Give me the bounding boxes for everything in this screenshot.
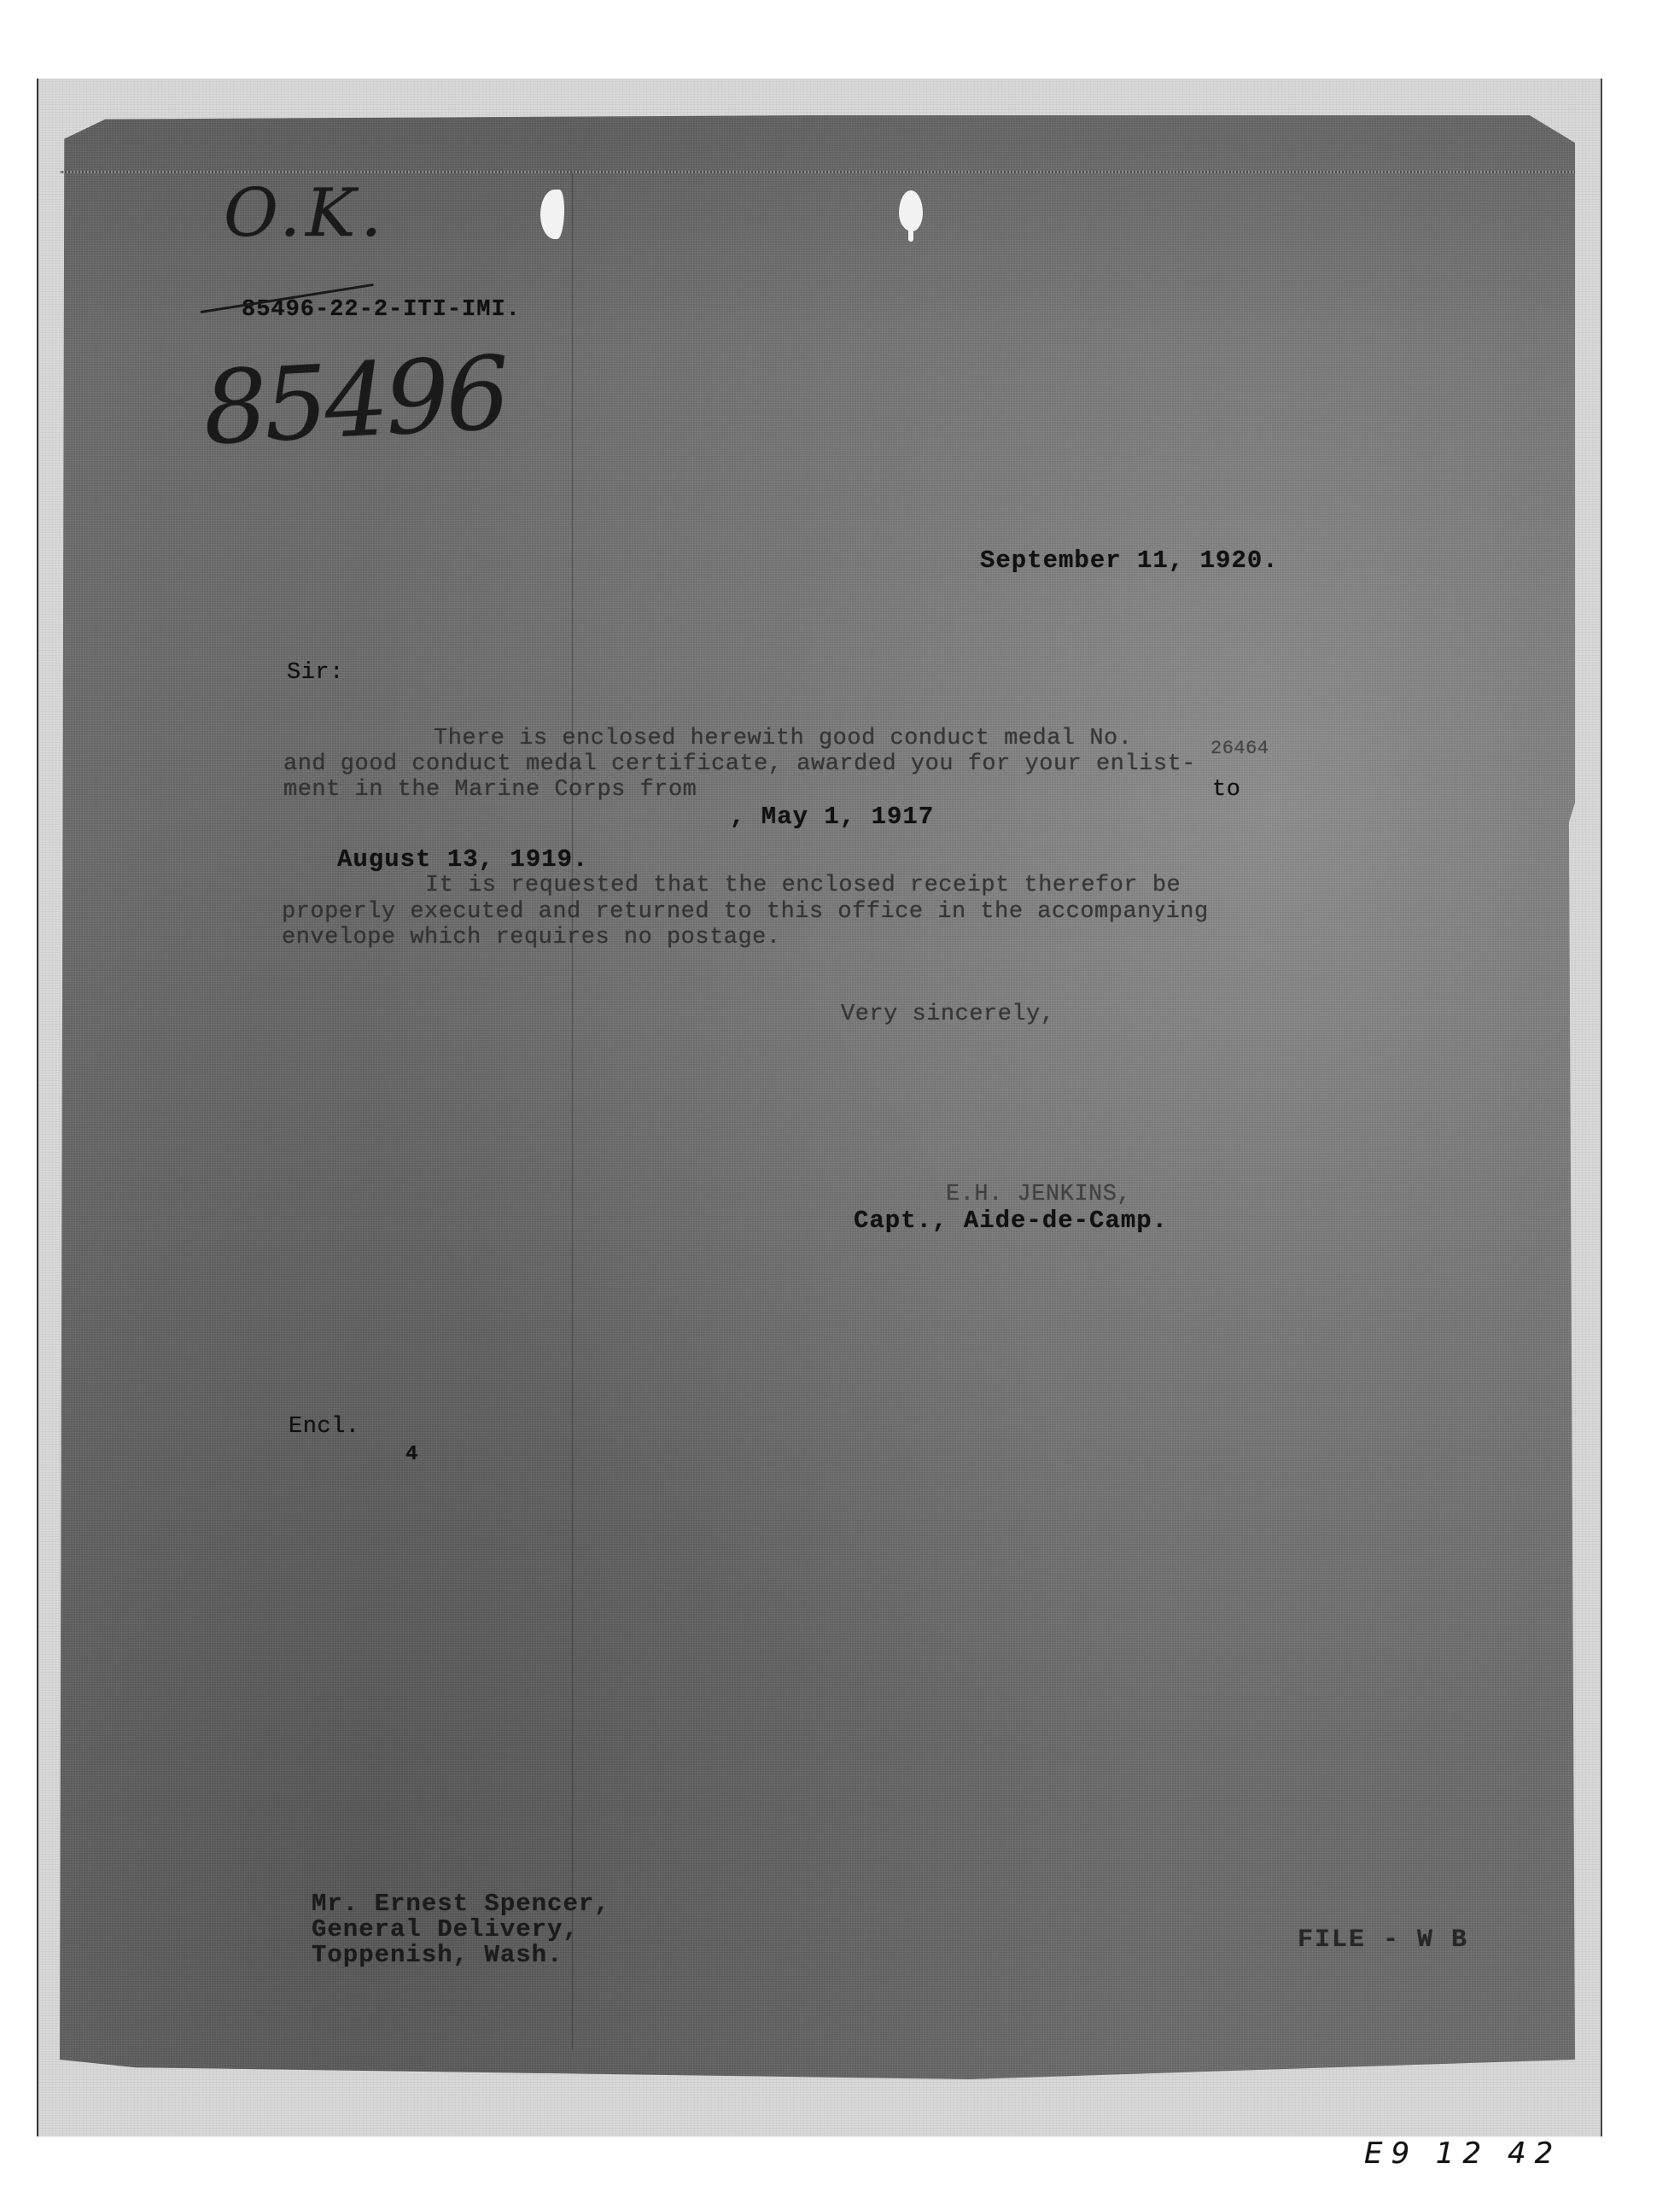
punch-hole-right [899,190,923,231]
handwritten-file-number: 85496 [201,334,510,467]
recipient-address-line-2: General Delivery, [312,1915,579,1943]
salutation: Sir: [287,660,344,686]
handwritten-ok-mark: O.K. [224,175,387,252]
body-line-4: It is requested that the enclosed receip… [425,873,1181,898]
signature-name: E.H. JENKINS, [946,1182,1131,1207]
punch-hole-left [540,190,564,239]
body-line-1: There is enclosed herewith good conduct … [434,726,1132,751]
enlistment-to-date: August 13, 1919. [337,845,588,874]
file-stamp: FILE - W B [1298,1926,1468,1955]
horizontal-fold-line [60,171,1575,173]
body-line-3-to: to [1212,777,1240,803]
body-line-3: ment in the Marine Corps from [283,777,697,803]
body-line-2: and good conduct medal certificate, awar… [283,751,1196,777]
body-line-5: properly executed and returned to this o… [282,899,1209,925]
recipient-name: Mr. Ernest Spencer, [312,1890,610,1918]
footer-handwritten-mark: E9 12 42 [1364,2136,1561,2171]
letter-date: September 11, 1920. [980,546,1279,575]
file-reference: 85496-22-2-ITI-IMI. [242,297,521,323]
medal-number: 26464 [1210,738,1269,759]
vertical-fold-line [572,171,573,2049]
enclosure-count: 4 [405,1443,418,1466]
closing: Very sincerely, [841,1002,1055,1027]
enlistment-from-date: , May 1, 1917 [730,803,934,831]
body-line-6: envelope which requires no postage. [282,925,781,950]
recipient-address-line-3: Toppenish, Wash. [312,1941,563,1969]
enclosure-label: Encl. [289,1414,360,1440]
signature-title: Capt., Aide-de-Camp. [854,1207,1168,1235]
